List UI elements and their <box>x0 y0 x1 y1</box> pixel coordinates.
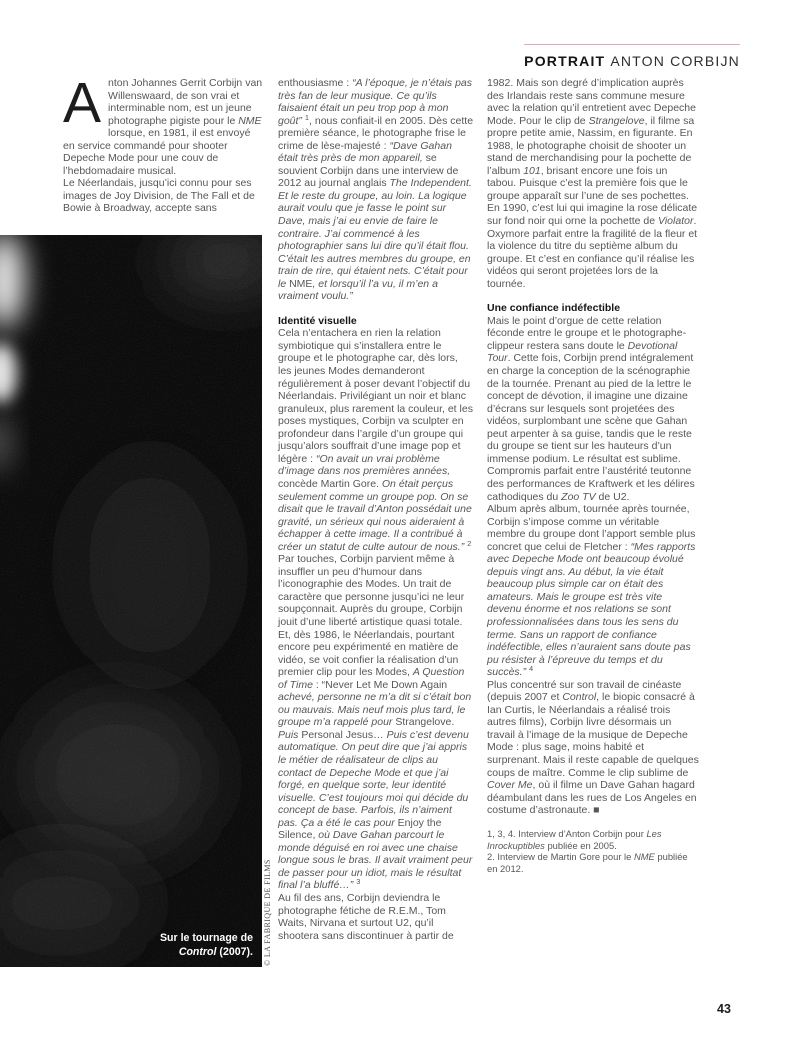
paragraph: Par touches, Corbijn parvient même à ins… <box>278 553 474 892</box>
text-segment: “Mes rapports avec Depeche Mode ont beau… <box>487 541 695 678</box>
text-segment: NME <box>634 851 655 862</box>
page-header: PORTRAITANTON CORBIJN <box>524 44 740 69</box>
text-segment: 101 <box>523 165 541 177</box>
paragraph: Le Néerlandais, jusqu’ici connu pour ses… <box>63 177 263 215</box>
magazine-page: PORTRAITANTON CORBIJN Anton Johannes Ger… <box>0 0 800 1049</box>
text-segment: NME <box>289 278 312 290</box>
text-segment: Strangelove. <box>395 716 454 728</box>
text-segment: Sur le tournage de <box>160 932 253 944</box>
paragraph: Au fil des ans, Corbijn deviendra le pho… <box>278 892 474 942</box>
footnote: 1, 3, 4. Interview d’Anton Corbijn pour … <box>487 828 699 852</box>
text-segment: 2. Interview de Martin Gore pour le <box>487 851 634 862</box>
text-segment: : “Never Let Me Down Again <box>313 679 447 691</box>
photo-image <box>0 235 262 967</box>
footnote: 2. Interview de Martin Gore pour le NME … <box>487 851 699 875</box>
text-segment: Et le reste du groupe, au loin. La logiq… <box>278 190 471 290</box>
paragraph: Anton Johannes Gerrit Corbijn van Willen… <box>63 77 263 177</box>
text-segment: Puis <box>278 729 301 741</box>
text-segment: 1, 3, 4. Interview d’Anton Corbijn pour <box>487 828 646 839</box>
article-column-2: enthousiasme : “A l’époque, je n’étais p… <box>278 77 474 942</box>
paragraph: Cela n’entachera en rien la relation sym… <box>278 327 474 553</box>
paragraph: Mais le point d’orgue de cette relation … <box>487 315 699 503</box>
text-segment: Au fil des ans, Corbijn deviendra le pho… <box>278 892 454 942</box>
article-photo: Sur le tournage deControl (2007). <box>0 235 262 967</box>
text-segment: Cover Me <box>487 779 533 791</box>
paragraph: Plus concentré sur son travail de cinéas… <box>487 679 699 817</box>
footnote-reference: 4 <box>529 664 533 673</box>
header-accent-line <box>524 44 740 45</box>
text-segment: Violator <box>658 215 693 227</box>
text-segment: , le biopic consacré à Ian Curtis, le Né… <box>487 691 699 778</box>
header-title: ANTON CORBIJN <box>610 53 740 69</box>
text-segment: Personal Jesus… <box>301 729 386 741</box>
text-segment: enthousiasme : <box>278 77 352 89</box>
photo-credit: © LA FABRIQUE DE FILMS <box>263 859 272 966</box>
text-segment: concède Martin Gore. <box>278 478 382 490</box>
drop-cap: A <box>63 78 101 128</box>
page-number: 43 <box>717 1002 731 1016</box>
text-segment: (2007). <box>216 946 253 958</box>
section-heading: Une confiance indéfectible <box>487 302 699 315</box>
paragraph: enthousiasme : “A l’époque, je n’étais p… <box>278 77 474 303</box>
text-segment: NME <box>238 115 261 127</box>
text-segment: Zoo TV <box>561 491 595 503</box>
paragraph: 1982. Mais son degré d’implication auprè… <box>487 77 699 290</box>
photo-caption: Sur le tournage deControl (2007). <box>160 932 253 959</box>
article-column-1: Anton Johannes Gerrit Corbijn van Willen… <box>63 77 263 215</box>
text-segment: Le Néerlandais, jusqu’ici connu pour ses… <box>63 177 255 214</box>
text-segment: Control <box>562 691 596 703</box>
text-segment: Puis c’est devenu automatique. On peut d… <box>278 729 469 829</box>
header-kicker: PORTRAIT <box>524 53 605 69</box>
footnote-reference: 3 <box>356 877 360 886</box>
text-segment: de U2. <box>596 491 630 503</box>
text-segment: publiée en 2005. <box>545 840 617 851</box>
header-text: PORTRAITANTON CORBIJN <box>524 53 740 69</box>
paragraph: Album après album, tournée après tournée… <box>487 503 699 679</box>
text-segment: The Independent. <box>390 177 472 189</box>
text-segment: Control <box>179 946 217 958</box>
text-segment: Strangelove <box>589 115 645 127</box>
article-column-3: 1982. Mais son degré d’implication auprè… <box>487 77 699 875</box>
footnote-reference: 2 <box>467 539 471 548</box>
text-segment: . Cette fois, Corbijn prend intégralemen… <box>487 352 695 502</box>
text-segment: Par touches, Corbijn parvient même à ins… <box>278 553 464 678</box>
text-segment: Cela n’entachera en rien la relation sym… <box>278 327 473 464</box>
section-heading: Identité visuelle <box>278 315 474 328</box>
